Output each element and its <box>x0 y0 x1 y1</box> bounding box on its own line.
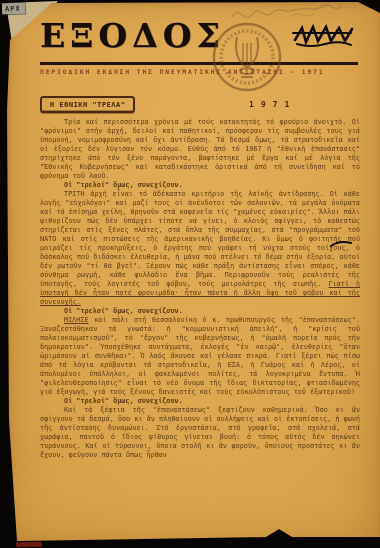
refrain-line-1: Οἱ "τρελοί" ὅμως, συνεχίζουν. <box>40 181 360 190</box>
refrain-line-2: Οἱ "τρελοί" ὅμως, συνεχίζουν. <box>40 307 360 316</box>
article-body: Τρία καί περισσότερα χρόνια μέ τούς κατα… <box>40 118 360 460</box>
paragraph-3: ΜΙΛΗΣΕ καί πάλι στή Θεσσαλονίκη ὁ κ. πρω… <box>40 316 360 397</box>
paragraph-3-text: καί πάλι στή Θεσσαλονίκη ὁ κ. πρωθυπουργ… <box>40 316 360 396</box>
red-stamp-fragment <box>16 542 42 547</box>
article-heading-box: Η ΕΘΝΙΚΗ "ΤΡΕΛΑ" <box>40 96 135 113</box>
pen-dash-mark <box>330 240 352 248</box>
masthead-subtitle: ΠΕΡΙΟΔΙΚΗ ΕΚΔΟΣΗ ΤΗΣ ΠΝΕΥΜΑΤΙΚΗΣ ΑΝΤΙΣΤΑ… <box>40 69 362 76</box>
article-year: 1971 <box>249 100 296 109</box>
scanned-document-page: ΑΡΧ ΕΞΟΔΟΣ ΠΕΡΙΟΔΙΚΗ ΕΚΔΟΣΗ ΤΗΣ ΠΝΕΥΜΑΤΙ… <box>0 0 380 548</box>
masthead-rule <box>40 62 358 65</box>
paragraph-2: ΤΡΙΤΗ ἀρχή εἶναι τό ἀδέκαστο κριτήριο τῆ… <box>40 190 360 307</box>
paragraph-2-text: ΤΡΙΤΗ ἀρχή εἶναι τό ἀδέκαστο κριτήριο τῆ… <box>40 190 360 288</box>
paragraph-4: Καί τά ξέφτια τῆς "ἐπαναστάσεως" ξεφτίζο… <box>40 406 360 460</box>
archive-label: ΑΡΧ <box>2 3 25 15</box>
paragraph-3-lead-underlined: ΜΙΛΗΣΕ <box>64 316 89 324</box>
library-stamp-lyre-icon <box>211 21 283 93</box>
paragraph-1: Τρία καί περισσότερα χρόνια μέ τούς κατα… <box>40 118 360 181</box>
refrain-line-3: Οἱ "τρελοί" ὅμως, συνεχίζουν. <box>40 397 360 406</box>
ink-scribble-mark <box>292 20 354 50</box>
masthead-title: ΕΞΟΔΟΣ <box>40 16 225 55</box>
